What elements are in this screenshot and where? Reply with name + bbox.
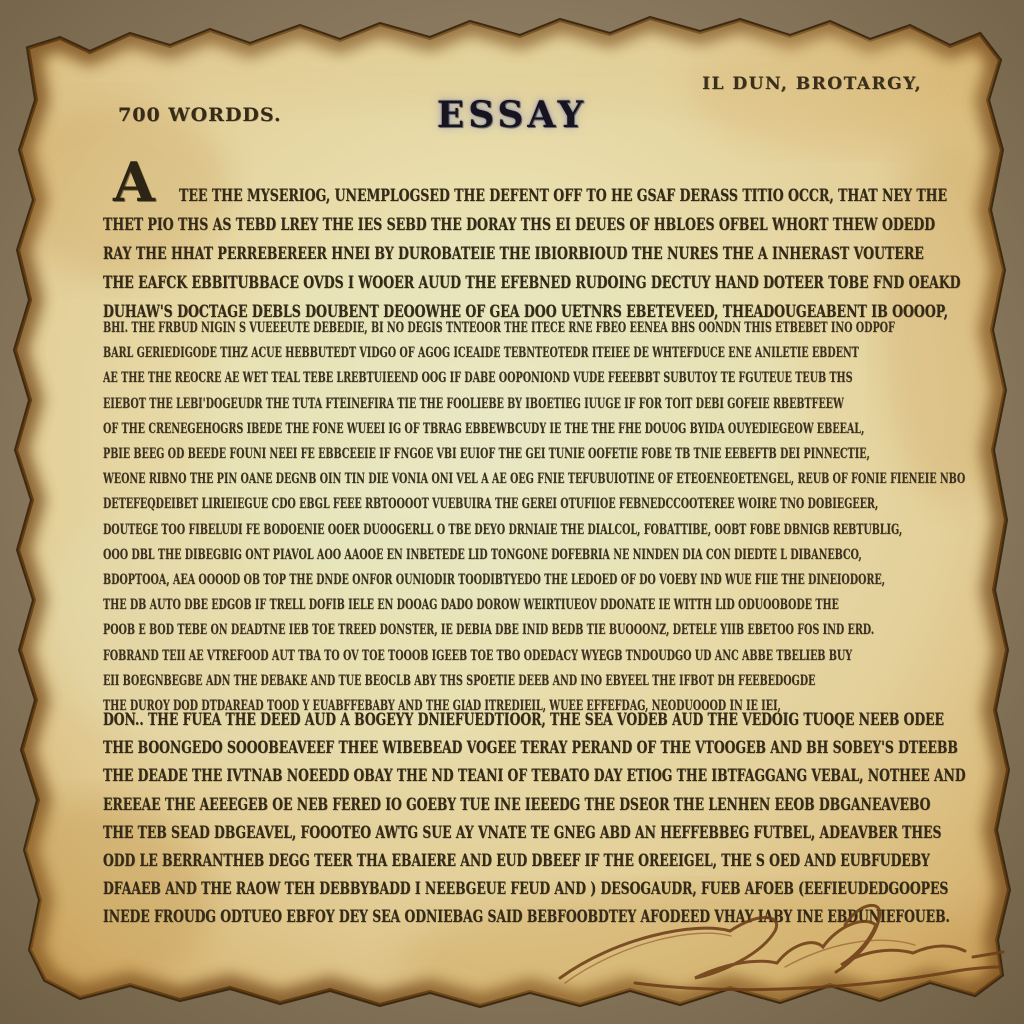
drop-cap-letter: A — [113, 162, 155, 202]
text-line: BDOPTOOA, AEA OOOOD OB TOP THE DNDE ONFO… — [103, 568, 714, 593]
text-line: THE DB AUTO DBE EDGOB IF TRELL DOFIB IEL… — [103, 593, 714, 618]
text-line: WEONE RIBNO THE PIN OANE DEGNB OIN TIN D… — [103, 467, 714, 492]
paragraph-1-lines: THET PIO THS AS TEBD LREY THE IES SEBD T… — [103, 210, 964, 326]
document-content: IL DUN, BROTARGY, 700 WORDDS. ESSAY A TE… — [0, 0, 1024, 1024]
text-line: EREEAE THE AEEEGEB OE NEB FERED IO GOEBY… — [103, 791, 749, 819]
signature-scrawl — [545, 893, 1015, 1008]
text-line: RAY THE HHAT PERREBEREER HNEI BY DUROBAT… — [103, 239, 757, 268]
text-line: AE THE THE REOCRE AE WET TEAL TEBE LREBT… — [103, 366, 714, 391]
text-line: THE EAFCK EBBITUBBACE OVDS I WOOER AUUD … — [103, 268, 757, 297]
text-line: FOBRAND TEII AE VTREFOOD AUT TBA TO OV T… — [103, 644, 714, 669]
text-line: THE TEB SEAD DBGEAVEL, FOOOTEO AWTG SUE … — [103, 819, 749, 847]
text-line: EII BOEGNBEGBE ADN THE DEBAKE AND TUE BE… — [103, 669, 714, 694]
paragraph-2-lines: BHI. THE FRBUD NIGIN S VUEEEUTE DEBEDIE,… — [103, 316, 964, 719]
text-line: OOO DBL THE DIBEGBIG ONT PIAVOL AOO AAOO… — [103, 543, 714, 568]
text-line: THE BOONGEDO SOOOBEAVEEF THEE WIBEBEAD V… — [103, 734, 749, 762]
text-line: POOB E BOD TEBE ON DEADTNE IEB TOE TREED… — [103, 618, 714, 643]
text-line: PBIE BEEG OD BEEDE FOUNI NEEI FE EBBCEEI… — [103, 442, 714, 467]
text-line: ODD LE BERRANTHEB DEGG TEER THA EBAIERE … — [103, 847, 749, 875]
text-line: BARL GERIEDIGODE TIHZ ACUE HEBBUTEDT VID… — [103, 341, 714, 366]
text-line: TEE THE MYSERIOG, UNEMPLOGSED THE DEFENT… — [179, 181, 947, 210]
paragraph-2: BHI. THE FRBUD NIGIN S VUEEEUTE DEBEDIE,… — [103, 316, 964, 719]
text-line: THET PIO THS AS TEBD LREY THE IES SEBD T… — [103, 210, 757, 239]
paragraph-1: A TEE THE MYSERIOG, UNEMPLOGSED THE DEFE… — [103, 162, 964, 326]
text-line: EIEBOT THE LEBI'DOGEUDR THE TUTA FTEINEF… — [103, 392, 714, 417]
essay-title: ESSAY — [0, 94, 1024, 136]
text-line: DETEFEQDEIBET LIRIEIEGUE CDO EBGL FEEE R… — [103, 492, 714, 517]
text-line: THE DEADE THE IVTNAB NOEEDD OBAY THE ND … — [103, 762, 749, 790]
text-line: DOUTEGE TOO FIBELUDI FE BODOENIE OOER DU… — [103, 518, 714, 543]
header-dateline: IL DUN, BROTARGY, — [702, 74, 922, 94]
text-line: OF THE CRENEGEHOGRS IBEDE THE FONE WUEEI… — [103, 417, 714, 442]
paragraph-1-first-line: A TEE THE MYSERIOG, UNEMPLOGSED THE DEFE… — [103, 162, 964, 210]
text-line: DON.. THE FUEA THE DEED AUD A BOGEYY DNI… — [103, 706, 749, 734]
text-line: BHI. THE FRBUD NIGIN S VUEEEUTE DEBEDIE,… — [103, 316, 714, 341]
parchment-document: IL DUN, BROTARGY, 700 WORDDS. ESSAY A TE… — [0, 0, 1024, 1024]
